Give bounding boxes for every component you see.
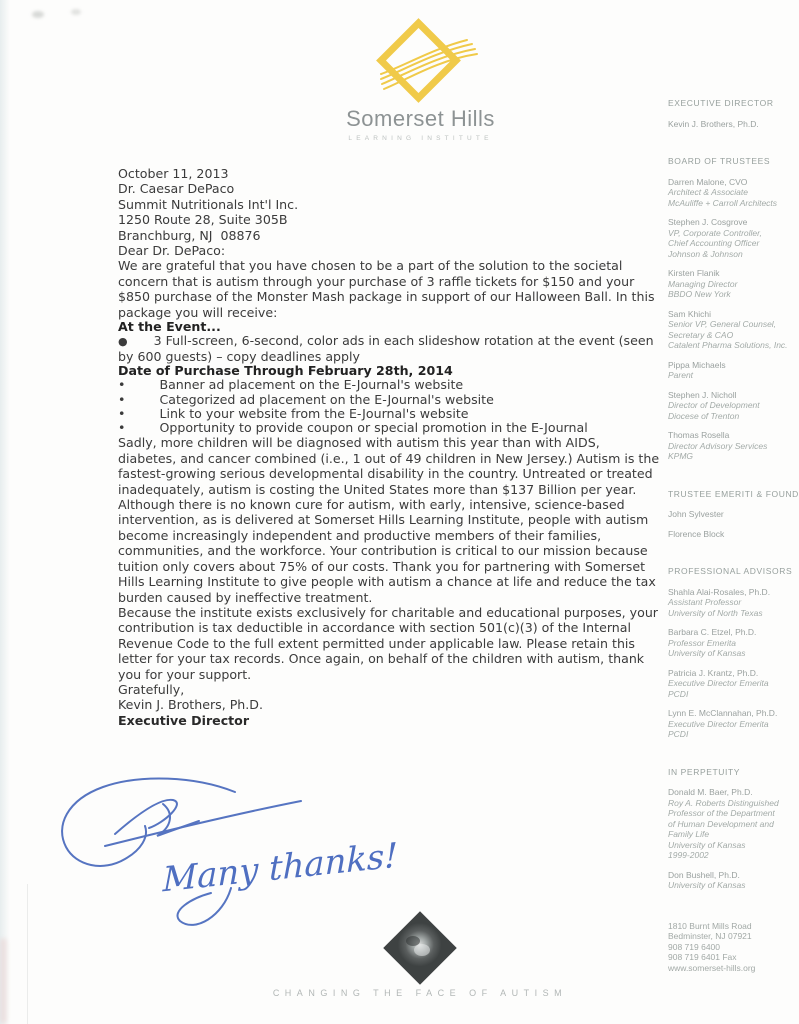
diamond-waves-logo-icon xyxy=(346,18,496,110)
tagline: CHANGING THE FACE OF AUTISM xyxy=(118,988,722,998)
scan-edge-shadow xyxy=(0,0,10,1024)
list-item: •Categorized ad placement on the E-Journ… xyxy=(118,393,661,407)
brand-subtitle: LEARNING INSTITUTE xyxy=(333,135,508,142)
letterhead-logo: Somerset Hills LEARNING INSTITUTE xyxy=(333,18,508,142)
scan-smudge xyxy=(71,9,81,15)
list-item-text: Banner ad placement on the E-Journal's w… xyxy=(159,377,463,392)
person-roles: Roy A. Roberts Distinguished Professor o… xyxy=(668,798,799,861)
bullet-icon: ● xyxy=(118,335,128,348)
person-name: John Sylvester xyxy=(668,509,799,520)
sidebar-section-board-of-trustees: BOARD OF TRUSTEES Darren Malone, CVO Arc… xyxy=(668,156,799,462)
bullet-icon: • xyxy=(118,420,125,435)
person-name: Pippa Michaels xyxy=(668,360,799,371)
package-benefits-list: At the Event... ●3 Full-screen, 6-second… xyxy=(118,320,661,435)
person-name: Kevin J. Brothers, Ph.D. xyxy=(668,119,799,130)
list-item-text: Categorized ad placement on the E-Journa… xyxy=(159,392,493,407)
person-name: Patricia J. Krantz, Ph.D. xyxy=(668,668,799,679)
sidebar-heading: TRUSTEE EMERITI & FOUNDERS xyxy=(668,489,799,500)
scan-line-artifact xyxy=(27,884,28,1024)
bullet-icon: • xyxy=(118,392,125,407)
person-roles: Architect & Associate McAuliffe + Carrol… xyxy=(668,187,799,208)
signer-name: Kevin J. Brothers, Ph.D. xyxy=(118,697,661,712)
person-name: Thomas Rosella xyxy=(668,430,799,441)
scan-smudge xyxy=(32,11,44,18)
person-name: Sam Khichi xyxy=(668,309,799,320)
list-item: •Banner ad placement on the E-Journal's … xyxy=(118,378,661,392)
letterhead-sidebar: EXECUTIVE DIRECTOR Kevin J. Brothers, Ph… xyxy=(668,98,799,973)
face-diamond-logo-icon xyxy=(382,910,458,986)
signer-title: Executive Director xyxy=(118,713,661,728)
letter-date: October 11, 2013 xyxy=(118,166,661,181)
sidebar-section-in-perpetuity: IN PERPETUITY Donald M. Baer, Ph.D. Roy … xyxy=(668,767,799,891)
list-item-text: Link to your website from the E-Journal'… xyxy=(159,406,468,421)
list-item: •Link to your website from the E-Journal… xyxy=(118,407,661,421)
sidebar-heading: EXECUTIVE DIRECTOR xyxy=(668,98,799,109)
person-roles: Managing Director BBDO New York xyxy=(668,279,799,300)
scanned-letter-page: { "colors": { "logo_gold": "#f0ca49", "b… xyxy=(0,0,799,1024)
person-name: Barbara C. Etzel, Ph.D. xyxy=(668,627,799,638)
brand-name: Somerset Hills xyxy=(333,106,508,132)
person-name: Stephen J. Cosgrove xyxy=(668,217,799,228)
bullet-icon: • xyxy=(118,406,125,421)
person-name: Donald M. Baer, Ph.D. xyxy=(668,787,799,798)
person-roles: Director Advisory Services KPMG xyxy=(668,441,799,462)
person-roles: Senior VP, General Counsel, Secretary & … xyxy=(668,319,799,351)
salutation: Dear Dr. DePaco: xyxy=(118,243,661,258)
person-roles: Executive Director Emerita PCDI xyxy=(668,678,799,699)
recipient-address: Dr. Caesar DePaco Summit Nutritionals In… xyxy=(118,181,661,243)
person-roles: Assistant Professor University of North … xyxy=(668,597,799,618)
letter-body: October 11, 2013 Dr. Caesar DePaco Summi… xyxy=(118,166,661,728)
person-name: Shahla Alai-Rosales, Ph.D. xyxy=(668,587,799,598)
person-name: Florence Block xyxy=(668,529,799,540)
person-name: Lynn E. McClannahan, Ph.D. xyxy=(668,708,799,719)
person-name: Don Bushell, Ph.D. xyxy=(668,870,799,881)
person-roles: Professor Emerita University of Kansas xyxy=(668,638,799,659)
paragraph-4: Because the institute exists exclusively… xyxy=(118,605,661,682)
paragraph-2: Sadly, more children will be diagnosed w… xyxy=(118,435,661,497)
list-item-text: 3 Full-screen, 6-second, color ads in ea… xyxy=(118,333,654,363)
sidebar-section-executive-director: EXECUTIVE DIRECTOR Kevin J. Brothers, Ph… xyxy=(668,98,799,129)
list-item-text: Opportunity to provide coupon or special… xyxy=(159,420,587,435)
person-roles: VP, Corporate Controller, Chief Accounti… xyxy=(668,228,799,260)
person-roles: Executive Director Emerita PCDI xyxy=(668,719,799,740)
closing: Gratefully, xyxy=(118,682,661,697)
paragraph-3: Although there is no known cure for auti… xyxy=(118,497,661,605)
handwritten-note: Many thanks! xyxy=(163,836,398,901)
person-name: Stephen J. Nicholl xyxy=(668,390,799,401)
paragraph-1: We are grateful that you have chosen to … xyxy=(118,258,661,320)
sidebar-heading: BOARD OF TRUSTEES xyxy=(668,156,799,167)
scan-smudge xyxy=(0,938,7,1024)
person-roles: Director of Development Diocese of Trent… xyxy=(668,400,799,421)
purchase-date-heading: Date of Purchase Through February 28th, … xyxy=(118,364,661,378)
sidebar-heading: IN PERPETUITY xyxy=(668,767,799,778)
sidebar-heading: PROFESSIONAL ADVISORS xyxy=(668,566,799,577)
person-roles: University of Kansas xyxy=(668,880,799,891)
person-roles: Parent xyxy=(668,370,799,381)
bullet-icon: • xyxy=(118,377,125,392)
person-name: Kirsten Flanik xyxy=(668,268,799,279)
event-heading: At the Event... xyxy=(118,320,661,334)
sidebar-section-trustee-emeriti: TRUSTEE EMERITI & FOUNDERS John Sylveste… xyxy=(668,489,799,540)
sidebar-section-professional-advisors: PROFESSIONAL ADVISORS Shahla Alai-Rosale… xyxy=(668,566,799,740)
list-item: ●3 Full-screen, 6-second, color ads in e… xyxy=(118,334,661,364)
list-item: •Opportunity to provide coupon or specia… xyxy=(118,421,661,435)
institute-address: 1810 Burnt Mills Road Bedminster, NJ 079… xyxy=(668,921,799,974)
person-name: Darren Malone, CVO xyxy=(668,177,799,188)
